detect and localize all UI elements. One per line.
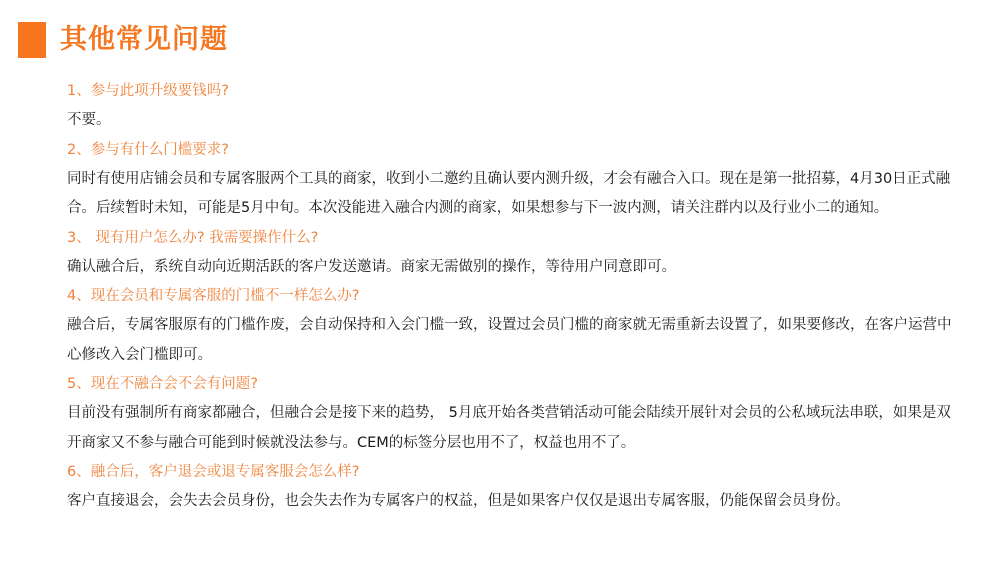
faq-list: 1、参与此项升级要钱吗? 不要。 2、参与有什么门槛要求? 同时有使用店铺会员和… xyxy=(67,77,957,517)
faq-question: 1、参与此项升级要钱吗? xyxy=(67,77,957,106)
faq-answer: 融合后，专属客服原有的门槛作废，会自动保持和入会门槛一致，设置过会员门槛的商家就… xyxy=(67,311,957,370)
faq-item: 1、参与此项升级要钱吗? 不要。 xyxy=(67,77,957,136)
faq-question: 2、参与有什么门槛要求? xyxy=(67,136,957,165)
faq-question: 4、现在会员和专属客服的门槛不一样怎么办? xyxy=(67,282,957,311)
faq-answer: 目前没有强制所有商家都融合，但融合会是接下来的趋势， 5月底开始各类营销活动可能… xyxy=(67,399,957,458)
faq-item: 5、现在不融合会不会有问题? 目前没有强制所有商家都融合，但融合会是接下来的趋势… xyxy=(67,370,957,458)
faq-answer: 确认融合后，系统自动向近期活跃的客户发送邀请。商家无需做别的操作，等待用户同意即… xyxy=(67,253,957,283)
faq-answer: 客户直接退会，会失去会员身份，也会失去作为专属客户的权益，但是如果客户仅仅是退出… xyxy=(67,487,957,517)
faq-answer: 不要。 xyxy=(67,106,957,136)
faq-question: 3、 现有用户怎么办? 我需要操作什么? xyxy=(67,224,957,253)
faq-question: 6、融合后，客户退会或退专属客服会怎么样? xyxy=(67,458,957,487)
page-title: 其他常见问题 xyxy=(60,20,228,60)
faq-item: 2、参与有什么门槛要求? 同时有使用店铺会员和专属客服两个工具的商家，收到小二邀… xyxy=(67,136,957,224)
faq-item: 6、融合后，客户退会或退专属客服会怎么样? 客户直接退会，会失去会员身份，也会失… xyxy=(67,458,957,517)
title-accent-block xyxy=(18,22,46,58)
faq-question: 5、现在不融合会不会有问题? xyxy=(67,370,957,399)
faq-item: 4、现在会员和专属客服的门槛不一样怎么办? 融合后，专属客服原有的门槛作废，会自… xyxy=(67,282,957,370)
faq-item: 3、 现有用户怎么办? 我需要操作什么? 确认融合后，系统自动向近期活跃的客户发… xyxy=(67,224,957,283)
faq-answer: 同时有使用店铺会员和专属客服两个工具的商家，收到小二邀约且确认要内测升级，才会有… xyxy=(67,165,957,224)
